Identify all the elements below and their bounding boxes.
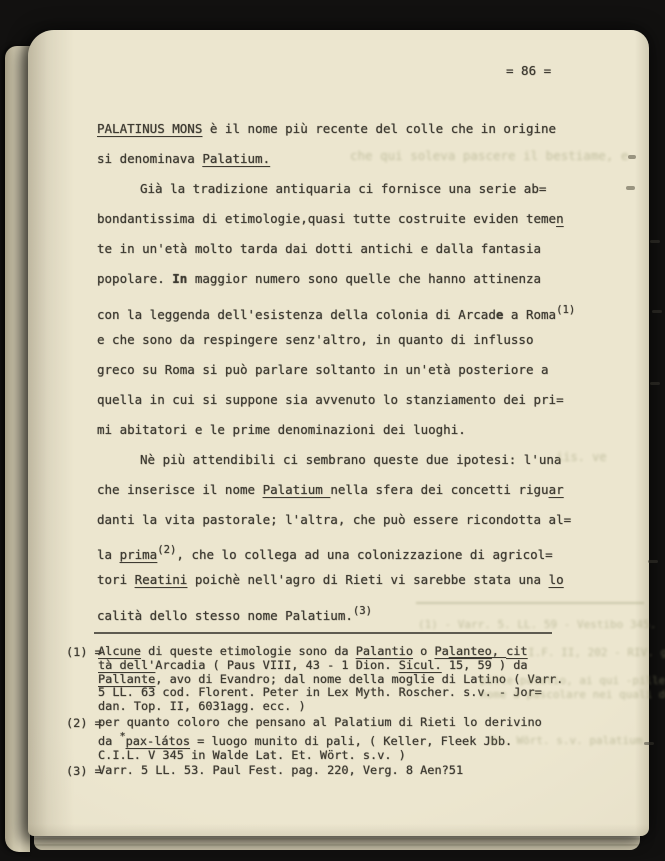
footnote-divider-rule <box>94 632 552 634</box>
underlined-text: Palanteo <box>434 644 491 658</box>
underlined-text: pax-látos <box>126 734 190 748</box>
edge-ink-mark <box>626 186 635 190</box>
footnote-line: C.I.L. V 345 in Walde Lat. Et. Wört. s.v… <box>98 749 626 763</box>
text-line: bondantissima di etimologie,quasi tutte … <box>97 204 575 234</box>
overlined-text: 15, 59 ) <box>449 658 506 672</box>
text-line: quella in cui si suppone sia avvenuto lo… <box>97 385 575 415</box>
text-line: popolare. In maggior numero sono quelle … <box>97 264 575 294</box>
edge-ink-mark <box>650 382 660 385</box>
underlined-text: Palatium <box>263 482 331 497</box>
page-number: = 86 = <box>506 63 551 78</box>
page: = 86 = PALATINUS MONS è il nome più rece… <box>28 30 649 836</box>
text-line: danti la vita pastorale; l'altra, che pu… <box>97 505 575 535</box>
footnote: (1) =Alcune di queste etimologie sono da… <box>66 645 626 714</box>
text-line: con la leggenda dell'esistenza della col… <box>97 295 575 325</box>
previous-page-edge <box>5 46 30 852</box>
footnote: (3) =Varr. 5 LL. 53. Paul Fest. pag. 220… <box>66 764 626 778</box>
underlined-text: Palatium. <box>202 151 270 166</box>
footnote-marker: (2) = <box>66 716 102 730</box>
text-line: si denominava Palatium. <box>97 144 575 174</box>
text-line: mi abitatori e le prime denominazioni de… <box>97 415 575 445</box>
underlined-text: Palantio <box>356 644 413 658</box>
text-line: greco su Roma si può parlare soltanto in… <box>97 355 575 385</box>
text-line: e che sono da respingere senz'altro, in … <box>97 325 575 355</box>
footnote-marker: (3) = <box>66 764 102 778</box>
text-line: PALATINUS MONS è il nome più recente del… <box>97 114 575 144</box>
page-stack-bottom-edge <box>34 834 640 850</box>
footnote-line: Varr. 5 LL. 53. Paul Fest. pag. 220, Ver… <box>98 764 626 778</box>
underlined-text: ar <box>549 482 564 497</box>
superscript-ref: (2) <box>157 543 176 556</box>
underlined-text: lo <box>549 572 564 587</box>
body-text: PALATINUS MONS è il nome più recente del… <box>97 114 575 626</box>
text-line: Nè più attendibili ci sembrano queste du… <box>97 445 575 475</box>
underlined-text: Pallante <box>98 672 155 686</box>
text-line: tori Reatini poichè nell'agro di Rieti v… <box>97 565 575 595</box>
edge-ink-mark <box>628 155 636 159</box>
underlined-text: n <box>556 211 564 226</box>
footnote-marker: (1) = <box>66 645 102 659</box>
footnotes: (1) =Alcune di queste etimologie sono da… <box>66 645 626 780</box>
underlined-text: tà dell' <box>98 658 155 672</box>
underlined-text: cit <box>506 644 527 658</box>
underlined-text: Reatini <box>135 572 188 587</box>
edge-ink-mark <box>652 310 662 313</box>
footnote-line: per quanto coloro che pensano al Palatiu… <box>98 716 626 730</box>
footnote-line: tà dell'Arcadia ( Paus VIII, 43 - 1 Dion… <box>98 659 626 673</box>
text-line: calità dello stesso nome Palatium.(3) <box>97 596 575 626</box>
footnote-line: Alcune di queste etimologie sono da Pala… <box>98 645 626 659</box>
superscript-ref: (3) <box>353 604 372 617</box>
overstruck-text: e <box>496 307 504 322</box>
superscript-ref: (1) <box>556 303 575 316</box>
edge-ink-mark <box>648 560 658 563</box>
edge-ink-mark <box>650 240 660 243</box>
underlined-text: Sicul. <box>399 658 442 672</box>
text-line: Già la tradizione antiquaria ci fornisce… <box>97 174 575 204</box>
photographed-page-scene: { "page": { "number": "= 86 =" }, "docum… <box>0 0 665 861</box>
text-line: che inserisce il nome Palatium nella sfe… <box>97 475 575 505</box>
text-line: la prima(2), che lo collega ad una colon… <box>97 535 575 565</box>
underlined-text: Alcune <box>98 644 141 658</box>
underlined-text: prima <box>120 547 158 562</box>
underlined-text: PALATINUS MONS <box>97 121 202 136</box>
footnote: (2) =per quanto coloro che pensano al Pa… <box>66 716 626 762</box>
bleedthrough-rule <box>416 602 644 604</box>
edge-ink-mark <box>644 742 654 745</box>
footnote-line: da *pax-látos = luogo munito di pali, ( … <box>98 730 626 749</box>
overstruck-text: In <box>172 271 187 286</box>
text-line: te in un'età molto tarda dai dotti antic… <box>97 234 575 264</box>
footnote-line: dan. Top. II, 6031agg. ecc. ) <box>98 700 626 714</box>
